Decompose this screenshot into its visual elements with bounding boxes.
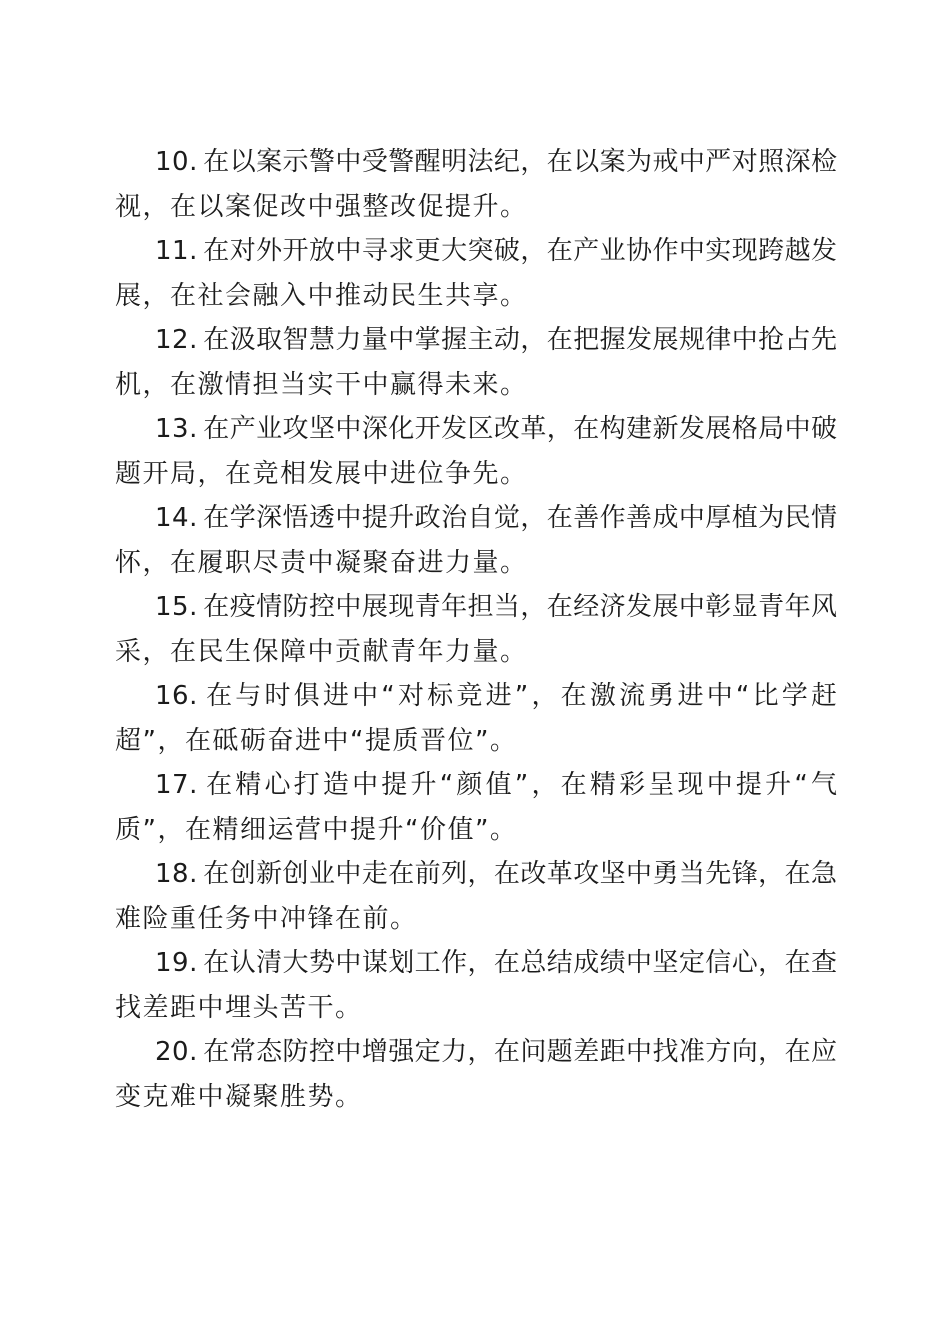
item-number-11: 11. (155, 236, 198, 266)
paragraph-15-line-1: 15.在疫情防控中展现青年担当，在经济发展中彰显青年风 (115, 585, 837, 630)
paragraph-11-text-1: 在对外开放中寻求更大突破，在产业协作中实现跨越发 (203, 236, 837, 266)
paragraph-20-line-1: 20.在常态防控中增强定力，在问题差距中找准方向，在应 (115, 1030, 837, 1075)
paragraph-13-text-1: 在产业攻坚中深化开发区改革，在构建新发展格局中破 (203, 414, 837, 444)
numbered-paragraph-19: 19.在认清大势中谋划工作，在总结成绩中坚定信心，在查找差距中埋头苦干。 (115, 941, 837, 1030)
paragraph-10-line-2: 视，在以案促改中强整改促提升。 (115, 185, 837, 230)
paragraph-15-text-1: 在疫情防控中展现青年担当，在经济发展中彰显青年风 (203, 592, 837, 622)
numbered-paragraph-13: 13.在产业攻坚中深化开发区改革，在构建新发展格局中破题开局，在竞相发展中进位争… (115, 407, 837, 496)
paragraph-12-line-2: 机，在激情担当实干中赢得未来。 (115, 363, 837, 408)
paragraph-19-text-1: 在认清大势中谋划工作，在总结成绩中坚定信心，在查 (203, 948, 837, 978)
paragraph-10-line-1: 10.在以案示警中受警醒明法纪，在以案为戒中严对照深检 (115, 140, 837, 185)
item-number-18: 18. (155, 859, 198, 889)
paragraph-17-text-1: 在精心打造中提升“颜值”，在精彩呈现中提升“气 (203, 770, 837, 800)
item-number-17: 17. (155, 770, 198, 800)
numbered-paragraph-10: 10.在以案示警中受警醒明法纪，在以案为戒中严对照深检视，在以案促改中强整改促提… (115, 140, 837, 229)
numbered-paragraph-16: 16.在与时俱进中“对标竞进”，在激流勇进中“比学赶超”，在砥砺奋进中“提质晋位… (115, 674, 837, 763)
item-number-15: 15. (155, 592, 198, 622)
paragraph-11-line-1: 11.在对外开放中寻求更大突破，在产业协作中实现跨越发 (115, 229, 837, 274)
paragraph-15-line-2: 采，在民生保障中贡献青年力量。 (115, 630, 837, 675)
numbered-paragraph-11: 11.在对外开放中寻求更大突破，在产业协作中实现跨越发展，在社会融入中推动民生共… (115, 229, 837, 318)
paragraph-18-line-2: 难险重任务中冲锋在前。 (115, 897, 837, 942)
paragraph-10-text-1: 在以案示警中受警醒明法纪，在以案为戒中严对照深检 (203, 147, 837, 177)
paragraph-16-line-2: 超”，在砥砺奋进中“提质晋位”。 (115, 719, 837, 764)
item-number-10: 10. (155, 147, 198, 177)
paragraph-13-line-2: 题开局，在竞相发展中进位争先。 (115, 452, 837, 497)
paragraph-17-line-2: 质”，在精细运营中提升“价值”。 (115, 808, 837, 853)
numbered-paragraph-15: 15.在疫情防控中展现青年担当，在经济发展中彰显青年风采，在民生保障中贡献青年力… (115, 585, 837, 674)
paragraph-16-text-1: 在与时俱进中“对标竞进”，在激流勇进中“比学赶 (203, 681, 837, 711)
paragraph-19-line-1: 19.在认清大势中谋划工作，在总结成绩中坚定信心，在查 (115, 941, 837, 986)
item-number-13: 13. (155, 414, 198, 444)
numbered-paragraph-20: 20.在常态防控中增强定力，在问题差距中找准方向，在应变克难中凝聚胜势。 (115, 1030, 837, 1119)
paragraph-17-line-1: 17.在精心打造中提升“颜值”，在精彩呈现中提升“气 (115, 763, 837, 808)
paragraph-18-text-1: 在创新创业中走在前列，在改革攻坚中勇当先锋，在急 (203, 859, 837, 889)
numbered-paragraph-18: 18.在创新创业中走在前列，在改革攻坚中勇当先锋，在急难险重任务中冲锋在前。 (115, 852, 837, 941)
paragraph-14-line-1: 14.在学深悟透中提升政治自觉，在善作善成中厚植为民情 (115, 496, 837, 541)
item-number-14: 14. (155, 503, 198, 533)
paragraph-20-text-1: 在常态防控中增强定力，在问题差距中找准方向，在应 (203, 1037, 837, 1067)
item-number-16: 16. (155, 681, 198, 711)
item-number-19: 19. (155, 948, 198, 978)
paragraph-14-text-1: 在学深悟透中提升政治自觉，在善作善成中厚植为民情 (203, 503, 837, 533)
numbered-paragraph-17: 17.在精心打造中提升“颜值”，在精彩呈现中提升“气质”，在精细运营中提升“价值… (115, 763, 837, 852)
paragraph-19-line-2: 找差距中埋头苦干。 (115, 986, 837, 1031)
document-page: 10.在以案示警中受警醒明法纪，在以案为戒中严对照深检视，在以案促改中强整改促提… (0, 0, 950, 1344)
paragraph-20-line-2: 变克难中凝聚胜势。 (115, 1075, 837, 1120)
numbered-paragraph-14: 14.在学深悟透中提升政治自觉，在善作善成中厚植为民情怀，在履职尽责中凝聚奋进力… (115, 496, 837, 585)
paragraph-12-line-1: 12.在汲取智慧力量中掌握主动，在把握发展规律中抢占先 (115, 318, 837, 363)
item-number-12: 12. (155, 325, 198, 355)
numbered-paragraph-12: 12.在汲取智慧力量中掌握主动，在把握发展规律中抢占先机，在激情担当实干中赢得未… (115, 318, 837, 407)
paragraph-12-text-1: 在汲取智慧力量中掌握主动，在把握发展规律中抢占先 (203, 325, 837, 355)
paragraph-14-line-2: 怀，在履职尽责中凝聚奋进力量。 (115, 541, 837, 586)
paragraph-11-line-2: 展，在社会融入中推动民生共享。 (115, 274, 837, 319)
paragraph-16-line-1: 16.在与时俱进中“对标竞进”，在激流勇进中“比学赶 (115, 674, 837, 719)
paragraph-18-line-1: 18.在创新创业中走在前列，在改革攻坚中勇当先锋，在急 (115, 852, 837, 897)
paragraph-13-line-1: 13.在产业攻坚中深化开发区改革，在构建新发展格局中破 (115, 407, 837, 452)
item-number-20: 20. (155, 1037, 198, 1067)
